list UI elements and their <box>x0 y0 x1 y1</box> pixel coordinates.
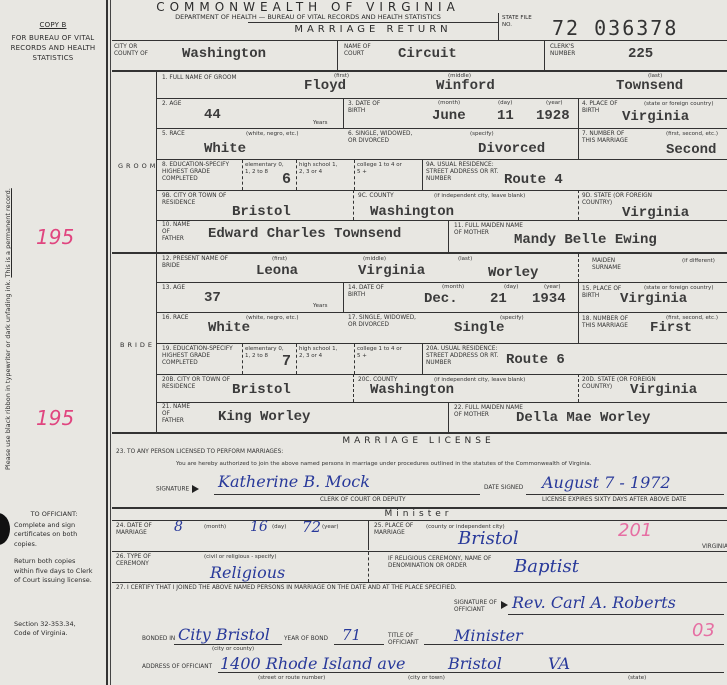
left-margin: COPY B FOR BUREAU OF VITAL RECORDS AND H… <box>0 0 106 685</box>
bride-education[interactable]: 7 <box>282 353 291 370</box>
year-hint: (year) <box>322 524 339 531</box>
bride-street-label: 20a. USUAL RESIDENCE: STREET ADDRESS OR … <box>426 346 500 367</box>
certify-statement: 27. I CERTIFY THAT I JOINED THE ABOVE NA… <box>116 585 457 592</box>
officiant-heading: TO OFFICIANT: <box>14 510 94 520</box>
year-hint: (year) <box>546 100 563 107</box>
denomination-label: IF RELIGIOUS CEREMONY, NAME OF DENOMINAT… <box>388 556 498 570</box>
bride-education-label: 19. EDUCATION-SPECIFY HIGHEST GRADE COMP… <box>162 346 236 367</box>
groom-last-name[interactable]: Townsend <box>616 78 683 94</box>
clerk-number-value[interactable]: 225 <box>628 46 653 62</box>
bride-father-label: 21. NAME OF FATHER <box>162 404 192 425</box>
groom-pob[interactable]: Virginia <box>622 109 689 125</box>
marriage-return-form: COPY B FOR BUREAU OF VITAL RECORDS AND H… <box>0 0 727 685</box>
number-hint: (first, second, etc.) <box>666 131 718 138</box>
groom-education-label: 8. EDUCATION-SPECIFY HIGHEST GRADE COMPL… <box>162 162 236 183</box>
groom-father-label: 10. NAME OF FATHER <box>162 222 192 243</box>
groom-race-label: 5. RACE <box>162 131 185 138</box>
bride-marital[interactable]: Single <box>454 320 504 336</box>
bride-first-name[interactable]: Leona <box>256 263 298 279</box>
place-code: 201 <box>618 520 652 541</box>
bride-marriage-number[interactable]: First <box>650 320 692 336</box>
form-body: COMMONWEALTH OF VIRGINIA DEPARTMENT OF H… <box>106 0 727 685</box>
groom-margin-code: 195 <box>36 225 74 249</box>
bride-last-name[interactable]: Worley <box>488 265 538 281</box>
ceremony-type-label: 26. TYPE OF CEREMONY <box>116 554 166 568</box>
ink-note: Please use black ribbon in typewriter or… <box>4 280 12 470</box>
specify-hint: (specify) <box>470 131 494 138</box>
groom-dob-month[interactable]: June <box>432 108 466 124</box>
groom-state[interactable]: Virginia <box>622 205 689 221</box>
groom-middle-name[interactable]: Winford <box>436 78 495 94</box>
groom-education[interactable]: 6 <box>282 171 291 188</box>
bride-dob-day[interactable]: 21 <box>490 291 507 307</box>
groom-age-label: 2. AGE <box>162 101 181 108</box>
officiant-instructions: TO OFFICIANT: Complete and sign certific… <box>14 510 94 647</box>
bride-street[interactable]: Route 6 <box>506 352 565 368</box>
groom-dob-day[interactable]: 11 <box>497 108 514 124</box>
marriage-month[interactable]: 8 <box>174 519 183 535</box>
state-suffix: VIRGINIA <box>702 544 727 551</box>
ink-instruction: Please use black ribbon in typewriter or… <box>4 170 12 470</box>
clerk-signature[interactable]: Katherine B. Mock <box>218 472 370 491</box>
groom-county-label: 9c. COUNTY <box>358 193 394 200</box>
bond-year-label: YEAR OF BOND <box>284 636 328 643</box>
bride-margin-code: 195 <box>36 406 74 430</box>
punch-hole <box>0 513 10 545</box>
groom-age[interactable]: 44 <box>204 107 221 123</box>
state-file-number: 72 036378 <box>552 16 678 40</box>
license-expiry-note: LICENSE EXPIRES SIXTY DAYS AFTER ABOVE D… <box>542 497 686 504</box>
bonded-hint: (city or county) <box>212 646 254 653</box>
bride-mother-label: 22. FULL MAIDEN NAME OF MOTHER <box>454 405 524 419</box>
bride-city[interactable]: Bristol <box>232 382 291 398</box>
marriage-place[interactable]: Bristol <box>458 528 519 549</box>
bride-age[interactable]: 37 <box>204 290 221 306</box>
groom-marital-label: 6. SINGLE, WIDOWED, OR DIVORCED <box>348 131 418 145</box>
court-value[interactable]: Circuit <box>398 46 457 62</box>
bride-race-label: 16. RACE <box>162 315 188 322</box>
marriage-year[interactable]: 72 <box>302 518 321 536</box>
bride-marital-label: 17. SINGLE, WIDOWED, OR DIVORCED <box>348 315 418 329</box>
page-title: COMMONWEALTH OF VIRGINIA <box>108 0 508 14</box>
groom-city-label: 9b. CITY OR TOWN OF RESIDENCE <box>162 193 236 207</box>
bond-year[interactable]: 71 <box>342 626 361 644</box>
form-title: MARRIAGE RETURN <box>248 24 498 35</box>
officiant-signature-label: SIGNATURE OF OFFICIANT <box>454 600 502 614</box>
day-hint: (day) <box>272 524 286 531</box>
groom-county[interactable]: Washington <box>370 204 454 220</box>
maiden-surname-label: MAIDEN SURNAME <box>592 258 632 272</box>
day-hint: (day) <box>498 100 512 107</box>
arrow-icon <box>192 485 199 493</box>
arrow-icon <box>501 601 508 609</box>
bride-state[interactable]: Virginia <box>630 382 697 398</box>
license-title: MARRIAGE LICENSE <box>108 436 727 446</box>
last-hint: (last) <box>458 256 472 263</box>
bonded-in-label: BONDED IN <box>142 636 175 643</box>
officiant-instruction-1: Complete and sign certificates on both c… <box>14 521 94 550</box>
years-hint: Years <box>313 303 328 310</box>
race-hint: (white, negro, etc.) <box>246 131 299 138</box>
certificate-title: Minister <box>108 509 727 519</box>
city-county-value[interactable]: Washington <box>182 46 266 62</box>
officiant-instruction-2: Return both copies within five days to C… <box>14 557 94 586</box>
groom-first-name[interactable]: Floyd <box>304 78 346 94</box>
college-hint: college 1 to 4 or 5 + <box>357 162 405 176</box>
ceremony-hint: (civil or religious - specify) <box>204 554 276 561</box>
court-label: NAME OF COURT <box>344 44 378 58</box>
month-hint: (month) <box>438 100 460 107</box>
groom-name-label: 1. FULL NAME OF GROOM <box>162 75 252 82</box>
officiant-address-state[interactable]: VA <box>548 654 570 673</box>
groom-city[interactable]: Bristol <box>232 204 291 220</box>
copy-b-note: COPY B FOR BUREAU OF VITAL RECORDS AND H… <box>0 20 106 63</box>
groom-marital[interactable]: Divorced <box>478 141 545 157</box>
officiant-address-street[interactable]: 1400 Rhode Island ave <box>220 654 405 673</box>
groom-street[interactable]: Route 4 <box>504 172 563 188</box>
marriage-day[interactable]: 16 <box>250 519 268 535</box>
signer-caption: CLERK OF COURT OR DEPUTY <box>320 497 406 504</box>
title-code: 03 <box>692 620 715 641</box>
copy-description: FOR BUREAU OF VITAL RECORDS AND HEALTH S… <box>11 34 96 62</box>
bonded-in[interactable]: City Bristol <box>178 625 270 644</box>
county-hint: (if independent city, leave blank) <box>434 193 525 200</box>
elementary-hint: elementary 0, 1, 2 to 8 <box>245 162 287 176</box>
department-name: DEPARTMENT OF HEALTH — BUREAU OF VITAL R… <box>108 13 508 21</box>
bride-pob-label: 15. PLACE OF BIRTH <box>582 286 622 300</box>
bride-name-label: 12. PRESENT NAME OF BRIDE <box>162 256 230 270</box>
groom-marriage-number[interactable]: Second <box>666 142 716 158</box>
bride-marriage-number-label: 18. NUMBER OF THIS MARRIAGE <box>582 316 630 330</box>
pob-hint: (state or foreign country) <box>644 101 713 108</box>
license-to-label: 23. TO ANY PERSON LICENSED TO PERFORM MA… <box>116 449 283 456</box>
copy-label: COPY B <box>0 20 106 30</box>
state-hint: (state) <box>628 675 646 682</box>
signature-label: SIGNATURE <box>156 485 199 494</box>
middle-hint: (middle) <box>363 256 386 263</box>
college-hint: college 1 to 4 or 5 + <box>357 346 405 360</box>
city-county-label: CITY OR COUNTY OF <box>114 44 150 58</box>
groom-dob-label: 3. DATE OF BIRTH <box>348 101 388 115</box>
groom-mother[interactable]: Mandy Belle Ewing <box>514 232 657 248</box>
state-file-label: STATE FILE NO. <box>502 15 532 28</box>
marriage-date-label: 24. DATE OF MARRIAGE <box>116 523 166 537</box>
bride-father[interactable]: King Worley <box>218 409 310 425</box>
first-hint: (first) <box>272 256 287 263</box>
bride-age-label: 13. AGE <box>162 285 185 292</box>
day-hint: (day) <box>504 284 518 291</box>
bride-county[interactable]: Washington <box>370 382 454 398</box>
race-hint: (white, negro, etc.) <box>246 315 299 322</box>
street-hint: (street or route number) <box>258 675 325 682</box>
bride-pob[interactable]: Virginia <box>620 291 687 307</box>
years-hint: Years <box>313 120 328 127</box>
clerk-number-label: CLERK'S NUMBER <box>550 44 586 58</box>
officiant-title-label: TITLE OF OFFICIANT <box>388 633 422 647</box>
city-hint: (city or town) <box>408 675 445 682</box>
maiden-hint: (if different) <box>682 258 715 265</box>
bride-mother[interactable]: Della Mae Worley <box>516 410 650 426</box>
groom-pob-label: 4. PLACE OF BIRTH <box>582 101 622 115</box>
groom-marriage-number-label: 7. NUMBER OF THIS MARRIAGE <box>582 131 630 145</box>
officiant-address-label: ADDRESS OF OFFICIANT <box>142 664 212 671</box>
month-hint: (month) <box>204 524 226 531</box>
groom-section-label: GROOM <box>118 162 158 170</box>
bride-dob-year[interactable]: 1934 <box>532 291 566 307</box>
ceremony-type[interactable]: Religious <box>210 563 285 582</box>
date-signed-label: DATE SIGNED <box>484 485 523 492</box>
officiant-address-city[interactable]: Bristol <box>448 654 502 673</box>
code-section: Section 32-353.34, Code of Virginia. <box>14 620 94 639</box>
date-signed[interactable]: August 7 - 1972 <box>542 473 671 492</box>
bride-dob-month[interactable]: Dec. <box>424 291 458 307</box>
officiant-title[interactable]: Minister <box>454 626 523 645</box>
bride-race[interactable]: White <box>208 320 250 336</box>
groom-street-label: 9a. USUAL RESIDENCE: STREET ADDRESS OR R… <box>426 162 500 183</box>
bride-section-label: BRIDE <box>120 341 155 349</box>
groom-race[interactable]: White <box>204 141 246 157</box>
high-school-hint: high school 1, 2, 3 or 4 <box>299 346 339 360</box>
marriage-place-label: 25. PLACE OF MARRIAGE <box>374 523 422 537</box>
elementary-hint: elementary 0, 1, 2 to 8 <box>245 346 287 360</box>
permanent-record-note: This is a permanent record. <box>4 188 12 277</box>
bride-dob-label: 14. DATE OF BIRTH <box>348 285 388 299</box>
groom-father[interactable]: Edward Charles Townsend <box>208 226 401 242</box>
bride-middle-name[interactable]: Virginia <box>358 263 425 279</box>
authorization-text: You are hereby authorized to join the ab… <box>176 461 592 468</box>
year-hint: (year) <box>544 284 561 291</box>
high-school-hint: high school 1, 2, 3 or 4 <box>299 162 339 176</box>
denomination[interactable]: Baptist <box>514 556 579 577</box>
bride-city-label: 20b. CITY OR TOWN OF RESIDENCE <box>162 377 236 391</box>
officiant-signature[interactable]: Rev. Carl A. Roberts <box>512 593 676 612</box>
month-hint: (month) <box>442 284 464 291</box>
groom-dob-year[interactable]: 1928 <box>536 108 570 124</box>
